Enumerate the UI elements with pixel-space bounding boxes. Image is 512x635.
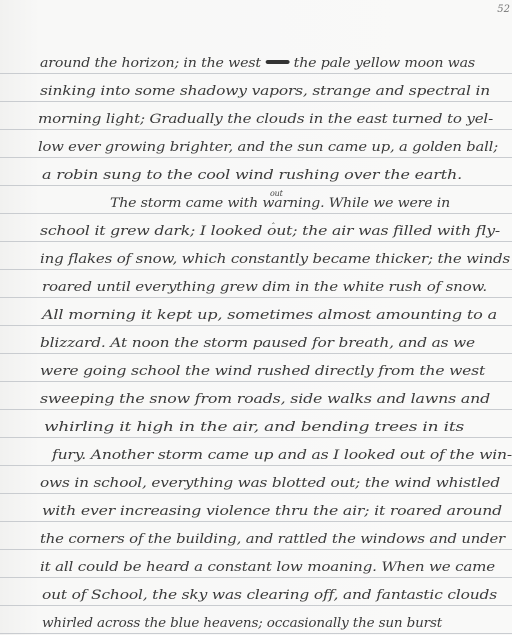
line-text: school it grew dark; I looked out; the a… — [40, 221, 500, 243]
text-line: The storm came with warning. While we we… — [110, 193, 512, 215]
line-text: around the horizon; in the westthe pale … — [40, 53, 475, 75]
text-line: ing flakes of snow, which constantly bec… — [40, 249, 512, 271]
line-text: whirling it high in the air, and bending… — [44, 417, 464, 439]
line-text: roared until everything grew dim in the … — [42, 277, 487, 299]
text-line: low ever growing brighter, and the sun c… — [38, 137, 512, 159]
notebook-page: 52 around the horizon; in the westthe pa… — [0, 0, 512, 635]
text-line: sweeping the snow from roads, side walks… — [40, 389, 512, 411]
text-line: with ever increasing violence thru the a… — [42, 501, 512, 523]
text-line: the corners of the building, and rattled… — [40, 529, 512, 551]
line-text: the corners of the building, and rattled… — [40, 529, 505, 551]
inserted-word: out — [270, 183, 283, 205]
text-line: fury. Another storm came up and as I loo… — [52, 445, 512, 467]
text-line: school it grew dark; I looked out; the a… — [40, 221, 512, 243]
line-text: low ever growing brighter, and the sun c… — [38, 137, 498, 159]
text-line: whirled across the blue heavens; occasio… — [42, 613, 512, 635]
line-text: with ever increasing violence thru the a… — [42, 501, 502, 523]
line-text: sweeping the snow from roads, side walks… — [40, 389, 490, 411]
text-line: it all could be heard a constant low moa… — [40, 557, 512, 579]
text-line: out of School, the sky was clearing off,… — [42, 585, 512, 607]
text-line: around the horizon; in the westthe pale … — [40, 53, 512, 75]
line-text: out of School, the sky was clearing off,… — [42, 585, 497, 607]
text-line: blizzard. At noon the storm paused for b… — [40, 333, 512, 355]
page-number: 52 — [497, 4, 510, 15]
text-line: whirling it high in the air, and bending… — [44, 417, 512, 439]
line-text: All morning it kept up, sometimes almost… — [42, 305, 497, 327]
line-text: whirled across the blue heavens; occasio… — [42, 613, 442, 635]
line-text: were going school the wind rushed direct… — [40, 361, 485, 383]
text-line: ows in school, everything was blotted ou… — [40, 473, 512, 495]
text-line: were going school the wind rushed direct… — [40, 361, 512, 383]
text-line: morning light; Gradually the clouds in t… — [38, 109, 512, 131]
line-text: ows in school, everything was blotted ou… — [40, 473, 500, 495]
line-text: a robin sung to the cool wind rushing ov… — [42, 165, 462, 187]
line-text: sinking into some shadowy vapors, strang… — [40, 81, 490, 103]
line-text: ing flakes of snow, which constantly bec… — [40, 249, 510, 271]
line-text: fury. Another storm came up and as I loo… — [52, 445, 512, 467]
scribbled-out-word — [265, 60, 289, 64]
line-text: it all could be heard a constant low moa… — [40, 557, 495, 579]
line-text: blizzard. At noon the storm paused for b… — [40, 333, 475, 355]
text-line: roared until everything grew dim in the … — [42, 277, 512, 299]
text-line: All morning it kept up, sometimes almost… — [42, 305, 512, 327]
line-text: morning light; Gradually the clouds in t… — [38, 109, 493, 131]
text-line: sinking into some shadowy vapors, strang… — [40, 81, 512, 103]
